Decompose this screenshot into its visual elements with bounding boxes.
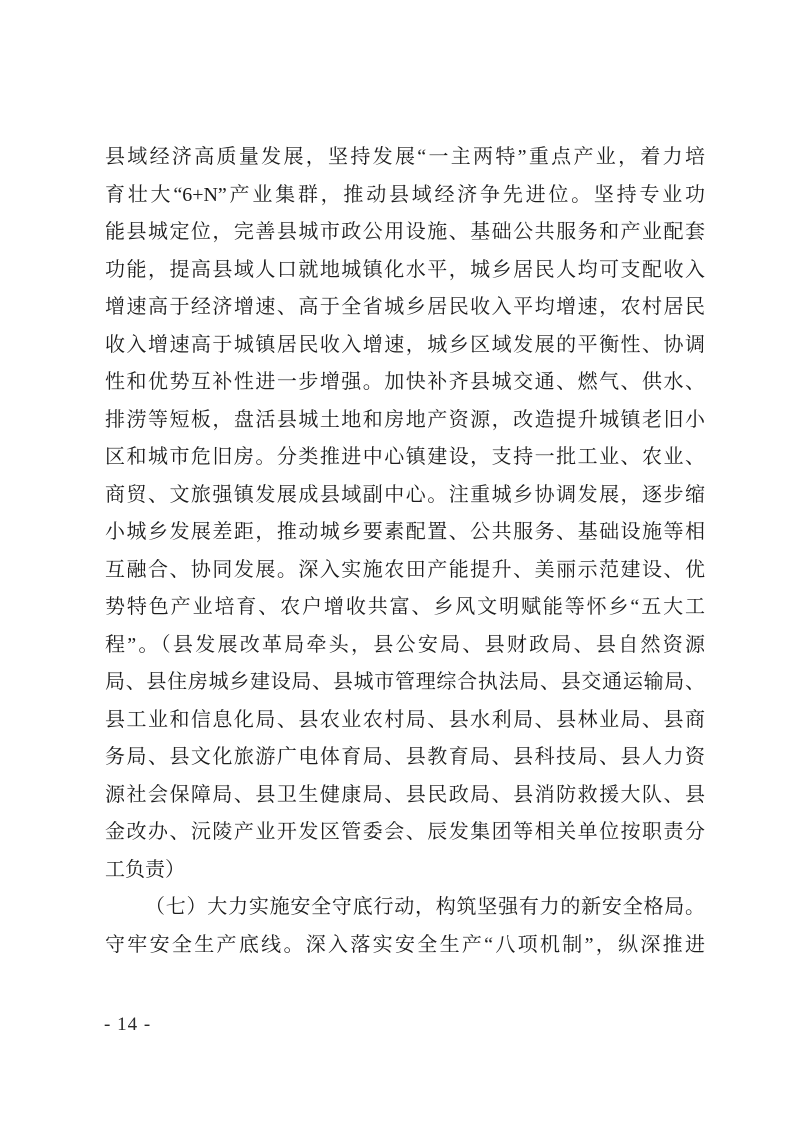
- text-line: 县工业和信息化局、县农业农村局、县水利局、县林业局、县商: [105, 702, 705, 740]
- text-line: 守牢安全生产底线。深入落实安全生产“八项机制”，纵深推进: [105, 927, 705, 965]
- text-line: 商贸、文旅强镇发展成县域副中心。注重城乡协调发展，逐步缩: [105, 477, 705, 515]
- text-line: 收入增速高于城镇居民收入增速，城乡区域发展的平衡性、协调: [105, 327, 705, 365]
- text-line: 县域经济高质量发展，坚持发展“一主两特”重点产业，着力培: [105, 139, 705, 177]
- text-line: 源社会保障局、县卫生健康局、县民政局、县消防救援大队、县: [105, 777, 705, 815]
- text-line: 局、县住房城乡建设局、县城市管理综合执法局、县交通运输局、: [105, 664, 705, 702]
- text-line: 小城乡发展差距，推动城乡要素配置、公共服务、基础设施等相: [105, 514, 705, 552]
- text-line: （七）大力实施安全守底行动，构筑坚强有力的新安全格局。: [105, 889, 705, 927]
- text-line: 性和优势互补性进一步增强。加快补齐县城交通、燃气、供水、: [105, 364, 705, 402]
- text-line: 金改办、沅陵产业开发区管委会、辰发集团等相关单位按职责分: [105, 814, 705, 852]
- document-page: 县域经济高质量发展，坚持发展“一主两特”重点产业，着力培育壮大“6+N”产业集群…: [0, 0, 793, 1122]
- text-line: 区和城市危旧房。分类推进中心镇建设，支持一批工业、农业、: [105, 439, 705, 477]
- text-line: 能县城定位，完善县城市政公用设施、基础公共服务和产业配套: [105, 214, 705, 252]
- text-line: 程”。（县发展改革局牵头，县公安局、县财政局、县自然资源: [105, 627, 705, 665]
- text-line: 功能，提高县域人口就地城镇化水平，城乡居民人均可支配收入: [105, 252, 705, 290]
- page-number: - 14 -: [104, 1011, 151, 1039]
- text-line: 工负责）: [105, 852, 705, 890]
- text-line: 务局、县文化旅游广电体育局、县教育局、县科技局、县人力资: [105, 739, 705, 777]
- text-line: 排涝等短板，盘活县城土地和房地产资源，改造提升城镇老旧小: [105, 402, 705, 440]
- text-line: 增速高于经济增速、高于全省城乡居民收入平均增速，农村居民: [105, 289, 705, 327]
- text-line: 势特色产业培育、农户增收共富、乡风文明赋能等怀乡“五大工: [105, 589, 705, 627]
- text-line: 互融合、协同发展。深入实施农田产能提升、美丽示范建设、优: [105, 552, 705, 590]
- text-line: 育壮大“6+N”产业集群，推动县域经济争先进位。坚持专业功: [105, 177, 705, 215]
- document-body: 县域经济高质量发展，坚持发展“一主两特”重点产业，着力培育壮大“6+N”产业集群…: [105, 139, 705, 964]
